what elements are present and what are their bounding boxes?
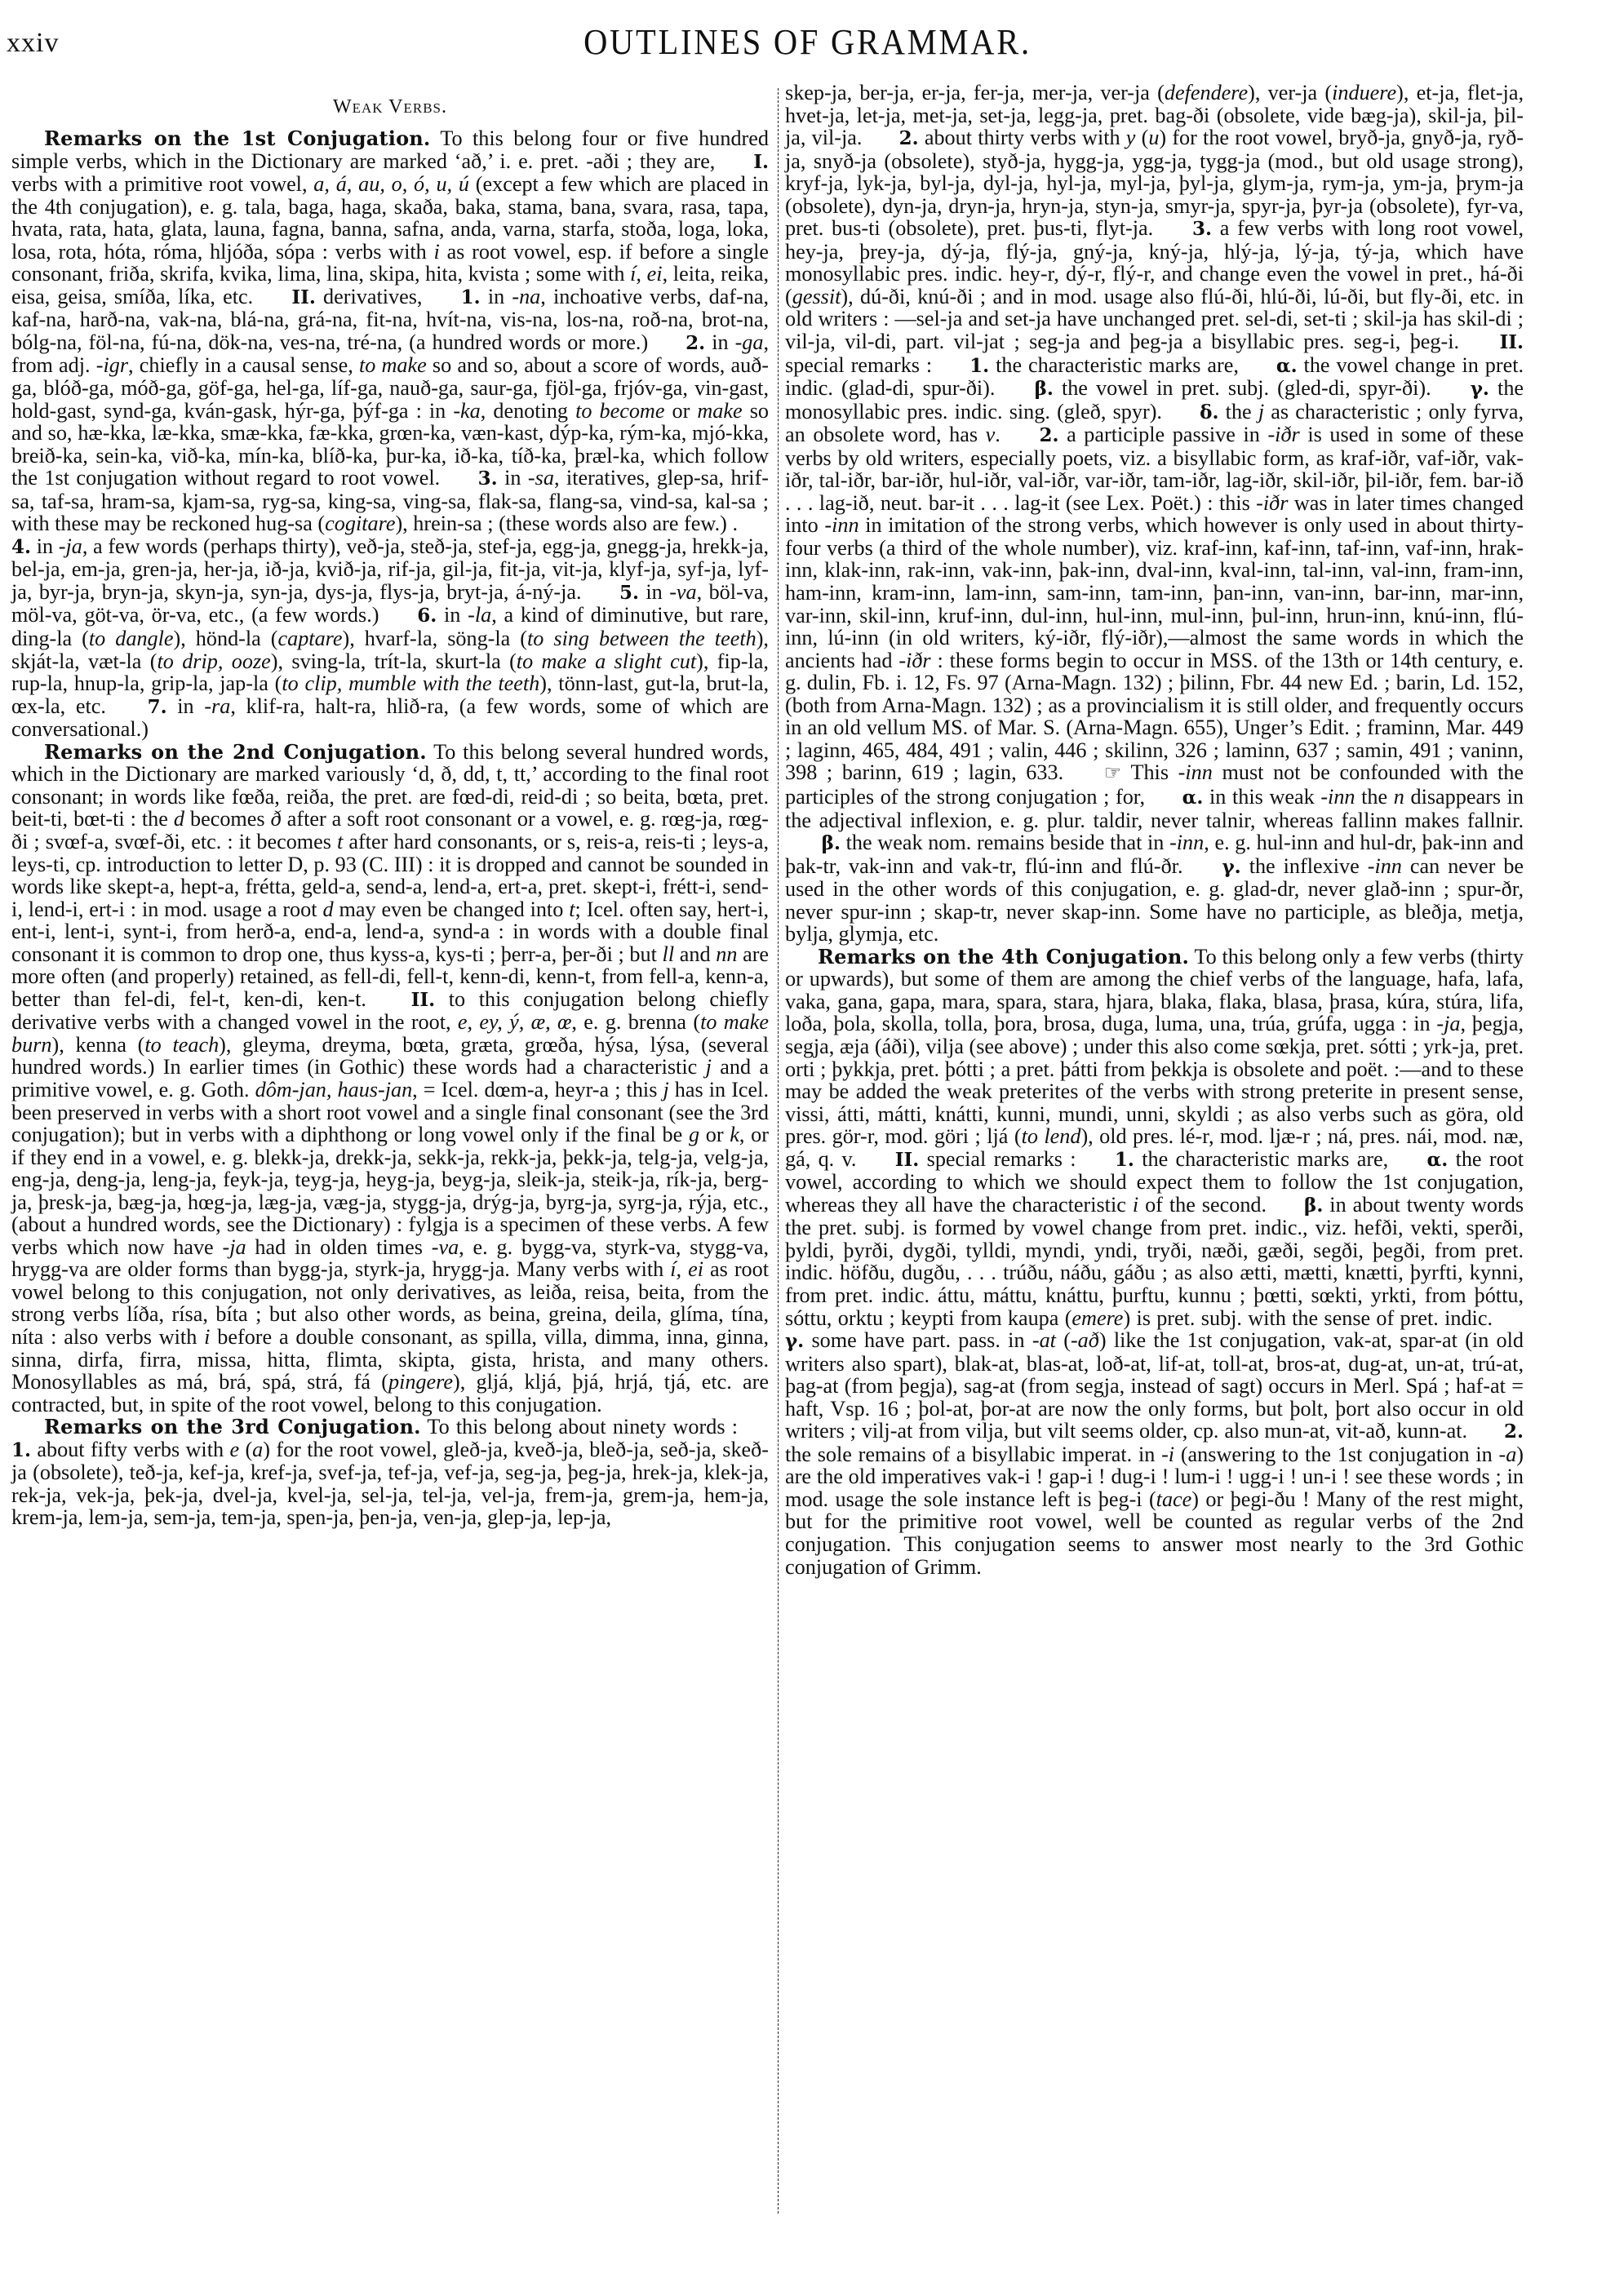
- italic-text: -va: [432, 1235, 459, 1259]
- text: the: [1226, 400, 1252, 423]
- heading-2nd-conjugation: Remarks on the 2nd Conjugation.: [44, 740, 427, 764]
- italic-text: a: [252, 1438, 263, 1461]
- section-number: 2.: [899, 127, 919, 149]
- italic-text: í, ei: [670, 1257, 703, 1281]
- heading-1st-conjugation: Remarks on the 1st Conjugation.: [44, 126, 430, 150]
- italic-text: -iðr: [1256, 491, 1288, 515]
- heading-3rd-conjugation: Remarks on the 3rd Conjugation.: [44, 1415, 421, 1438]
- italic-text: -inn: [824, 513, 859, 537]
- italic-text: ll: [663, 942, 675, 966]
- italic-text: -ja: [59, 534, 82, 558]
- text: special remarks :: [785, 353, 932, 377]
- italic-text: j: [706, 1055, 712, 1079]
- italic-text: u: [1148, 126, 1159, 149]
- italic-text: -inn: [1178, 760, 1213, 784]
- italic-text: -að: [1071, 1328, 1099, 1352]
- italic-text: i: [1133, 1193, 1138, 1217]
- italic-text: -at: [1032, 1328, 1056, 1352]
- text: .: [995, 423, 1001, 446]
- text: in: [37, 534, 53, 558]
- italic-text: to make: [359, 353, 427, 377]
- text: about fifty verbs with: [37, 1438, 224, 1461]
- italic-text: d: [174, 807, 184, 831]
- section-number: II.: [411, 989, 436, 1011]
- section-number: II.: [1499, 331, 1524, 353]
- italic-text: to make a slight cut: [517, 649, 696, 673]
- paragraph-4th-conjugation: Remarks on the 4th Conjugation. To this …: [785, 946, 1524, 1578]
- text: or: [672, 399, 690, 423]
- section-number: 1.: [1115, 1149, 1134, 1171]
- italic-text: -iðr: [898, 649, 930, 672]
- italic-text: -na: [512, 285, 540, 308]
- italic-text: -ja: [222, 1235, 246, 1259]
- paragraph-2nd-conjugation: Remarks on the 2nd Conjugation. To this …: [11, 741, 769, 1416]
- text: in: [488, 285, 504, 308]
- italic-text: nn: [716, 942, 737, 966]
- greek-marker: α.: [1276, 355, 1298, 377]
- text: , = Icel. dœm-a, heyr-a ; this: [412, 1078, 657, 1101]
- italic-text: to lend: [1022, 1124, 1081, 1148]
- section-number: 1.: [11, 1439, 31, 1461]
- italic-text: e, ey, ý, æ, œ: [458, 1010, 572, 1034]
- text: in: [444, 603, 460, 627]
- paragraph-1st-conjugation: Remarks on the 1st Conjugation. To this …: [11, 127, 769, 741]
- italic-text: cogitare: [325, 512, 395, 535]
- right-column: skep-ja, ber-ja, er-ja, fer-ja, mer-ja, …: [785, 82, 1524, 1578]
- heading-4th-conjugation: Remarks on the 4th Conjugation.: [818, 945, 1189, 968]
- italic-text: -ga: [735, 330, 764, 354]
- italic-text: -a: [1498, 1443, 1516, 1466]
- text: skep-ja, ber-ja, er-ja, fer-ja, mer-ja, …: [785, 81, 1165, 104]
- greek-marker: β.: [1035, 378, 1054, 400]
- greek-marker: α.: [1182, 787, 1204, 809]
- text: (: [245, 1438, 252, 1461]
- text: ), ver-ja (: [1248, 81, 1332, 104]
- section-number: 7.: [148, 696, 167, 718]
- italic-text: tace: [1156, 1487, 1192, 1511]
- section-number: 4.: [11, 536, 31, 558]
- italic-text: e: [229, 1438, 239, 1461]
- italic-text: to drip, ooze: [158, 649, 271, 673]
- text: the characteristic marks are,: [996, 353, 1239, 377]
- italic-text: ð: [271, 807, 282, 831]
- italic-text: -ka: [453, 399, 480, 423]
- text: in: [504, 466, 521, 490]
- text: This: [1130, 760, 1169, 784]
- section-number: 1.: [461, 286, 481, 308]
- italic-text: v: [986, 423, 996, 446]
- text: in: [712, 330, 728, 354]
- text: may even be changed into: [339, 898, 563, 921]
- column-divider: [778, 88, 779, 2214]
- text: becomes: [190, 807, 265, 831]
- italic-text: dôm-jan, haus-jan: [255, 1078, 413, 1101]
- text: ), dú-ði, knú-ði ; and in mod. usage als…: [785, 285, 1524, 353]
- text: , chiefly in a causal sense,: [128, 353, 353, 377]
- text: in: [177, 694, 193, 718]
- section-number: 5.: [619, 582, 639, 604]
- text: , e. g. brenna (: [571, 1010, 700, 1034]
- page-title: OUTLINES OF GRAMMAR.: [64, 21, 1551, 63]
- text: the sole remains of a bisyllabic imperat…: [785, 1443, 1155, 1466]
- italic-text: induere: [1332, 81, 1396, 104]
- text: derivatives,: [323, 285, 422, 308]
- italic-text: defendere: [1165, 81, 1248, 104]
- text: in: [646, 580, 662, 604]
- section-number: 3.: [1192, 218, 1212, 240]
- italic-text: k: [730, 1123, 739, 1146]
- text: and: [680, 942, 711, 966]
- italic-text: to become: [575, 399, 664, 423]
- italic-text: -va: [669, 580, 696, 604]
- text: about thirty verbs with: [925, 126, 1120, 149]
- text: , denoting: [481, 399, 568, 423]
- text: the characteristic marks are,: [1142, 1147, 1388, 1171]
- italic-text: í, ei: [630, 262, 662, 286]
- greek-marker: β.: [822, 832, 841, 854]
- text: ) is pret. subj. with the sense of pret.…: [1123, 1306, 1493, 1330]
- text: or: [706, 1123, 724, 1146]
- italic-text: a, á, au, o, ó, u, ú: [313, 172, 469, 196]
- italic-text: to teach: [144, 1033, 219, 1057]
- italic-text: -inn: [1368, 854, 1402, 878]
- text: ), hvarf-la, söng-la (: [343, 627, 527, 650]
- text: , klif-ra, halt-ra, hlið-ra, (a few word…: [11, 694, 769, 742]
- section-number: 6.: [417, 605, 437, 627]
- text: (: [1063, 1328, 1071, 1352]
- text: verbs with a primitive root vowel,: [11, 172, 308, 196]
- italic-text: y: [1126, 126, 1136, 149]
- text: ), sving-la, trít-la, skurt-la (: [271, 649, 517, 673]
- pointing-hand-icon: ☞: [1104, 763, 1122, 784]
- text: ), hönd-la (: [174, 627, 278, 650]
- italic-text: -inn: [1320, 785, 1355, 809]
- greek-marker: γ.: [1222, 856, 1241, 878]
- text: some have part. pass. in: [811, 1328, 1024, 1352]
- left-column: Weak Verbs. Remarks on the 1st Conjugati…: [11, 82, 769, 1529]
- italic-text: t: [337, 830, 343, 853]
- italic-text: -inn: [1169, 831, 1204, 854]
- italic-text: to clip, mumble with the teeth: [282, 672, 539, 695]
- running-head: xxiv OUTLINES OF GRAMMAR.: [0, 16, 1615, 65]
- text: the vowel in pret. subj. (gled-di, spyr-…: [1062, 376, 1431, 400]
- italic-text: to dangle: [89, 627, 174, 650]
- italic-text: captare: [278, 627, 343, 650]
- section-number: 1.: [969, 355, 989, 377]
- section-number: 3.: [478, 468, 498, 490]
- italic-text: make: [697, 399, 742, 423]
- italic-text: i: [434, 240, 440, 264]
- section-number: 2.: [685, 332, 705, 354]
- greek-marker: γ.: [785, 1330, 804, 1352]
- italic-text: n: [1394, 785, 1404, 809]
- greek-marker: γ.: [1471, 378, 1489, 400]
- text: in this weak: [1209, 785, 1315, 809]
- section-number: II.: [895, 1149, 920, 1171]
- text: special remarks :: [927, 1147, 1076, 1171]
- italic-text: emere: [1071, 1306, 1123, 1330]
- greek-marker: δ.: [1200, 401, 1218, 423]
- paragraph-3rd-conjugation: Remarks on the 3rd Conjugation. To this …: [11, 1416, 769, 1529]
- italic-text: -la: [468, 603, 491, 627]
- italic-text: -igr: [96, 353, 128, 377]
- italic-text: d: [322, 898, 333, 921]
- section-number: 2.: [1504, 1421, 1524, 1443]
- section-title: Weak Verbs.: [11, 85, 769, 122]
- text: the: [1361, 785, 1387, 809]
- text: had in olden times: [255, 1235, 423, 1259]
- text: of the second.: [1145, 1193, 1267, 1217]
- italic-text: -i: [1161, 1443, 1174, 1466]
- italic-text: -ja: [1436, 1012, 1460, 1035]
- italic-text: to sing between the teeth: [527, 627, 756, 650]
- italic-text: g: [689, 1123, 699, 1146]
- paragraph-3rd-conjugation-continued: skep-ja, ber-ja, er-ja, fer-ja, mer-ja, …: [785, 82, 1524, 946]
- text: (answering to the 1st conjugation in: [1181, 1443, 1493, 1466]
- italic-text: gessit: [792, 285, 841, 308]
- italic-text: t: [569, 898, 575, 921]
- page-number: xxiv: [7, 28, 59, 59]
- italic-text: j: [1258, 400, 1264, 423]
- italic-text: i: [204, 1325, 210, 1349]
- section-number: 2.: [1039, 424, 1058, 446]
- text: ), kenna (: [51, 1033, 144, 1057]
- italic-text: pingere: [388, 1370, 453, 1394]
- section-number: I.: [753, 151, 769, 173]
- text: a participle passive in: [1067, 423, 1260, 446]
- italic-text: -sa: [528, 466, 554, 490]
- greek-marker: β.: [1304, 1195, 1323, 1217]
- italic-text: j: [663, 1078, 668, 1101]
- text: the weak nom. remains beside that in: [846, 831, 1165, 854]
- text: ), hrein-sa ; (these words also are few.…: [395, 512, 738, 535]
- section-number: II.: [291, 286, 316, 308]
- text: the inflexive: [1249, 854, 1360, 878]
- italic-text: -iðr: [1267, 423, 1299, 446]
- italic-text: -ra: [204, 694, 230, 718]
- text: To this belong about ninety words :: [427, 1415, 738, 1438]
- greek-marker: α.: [1427, 1149, 1449, 1171]
